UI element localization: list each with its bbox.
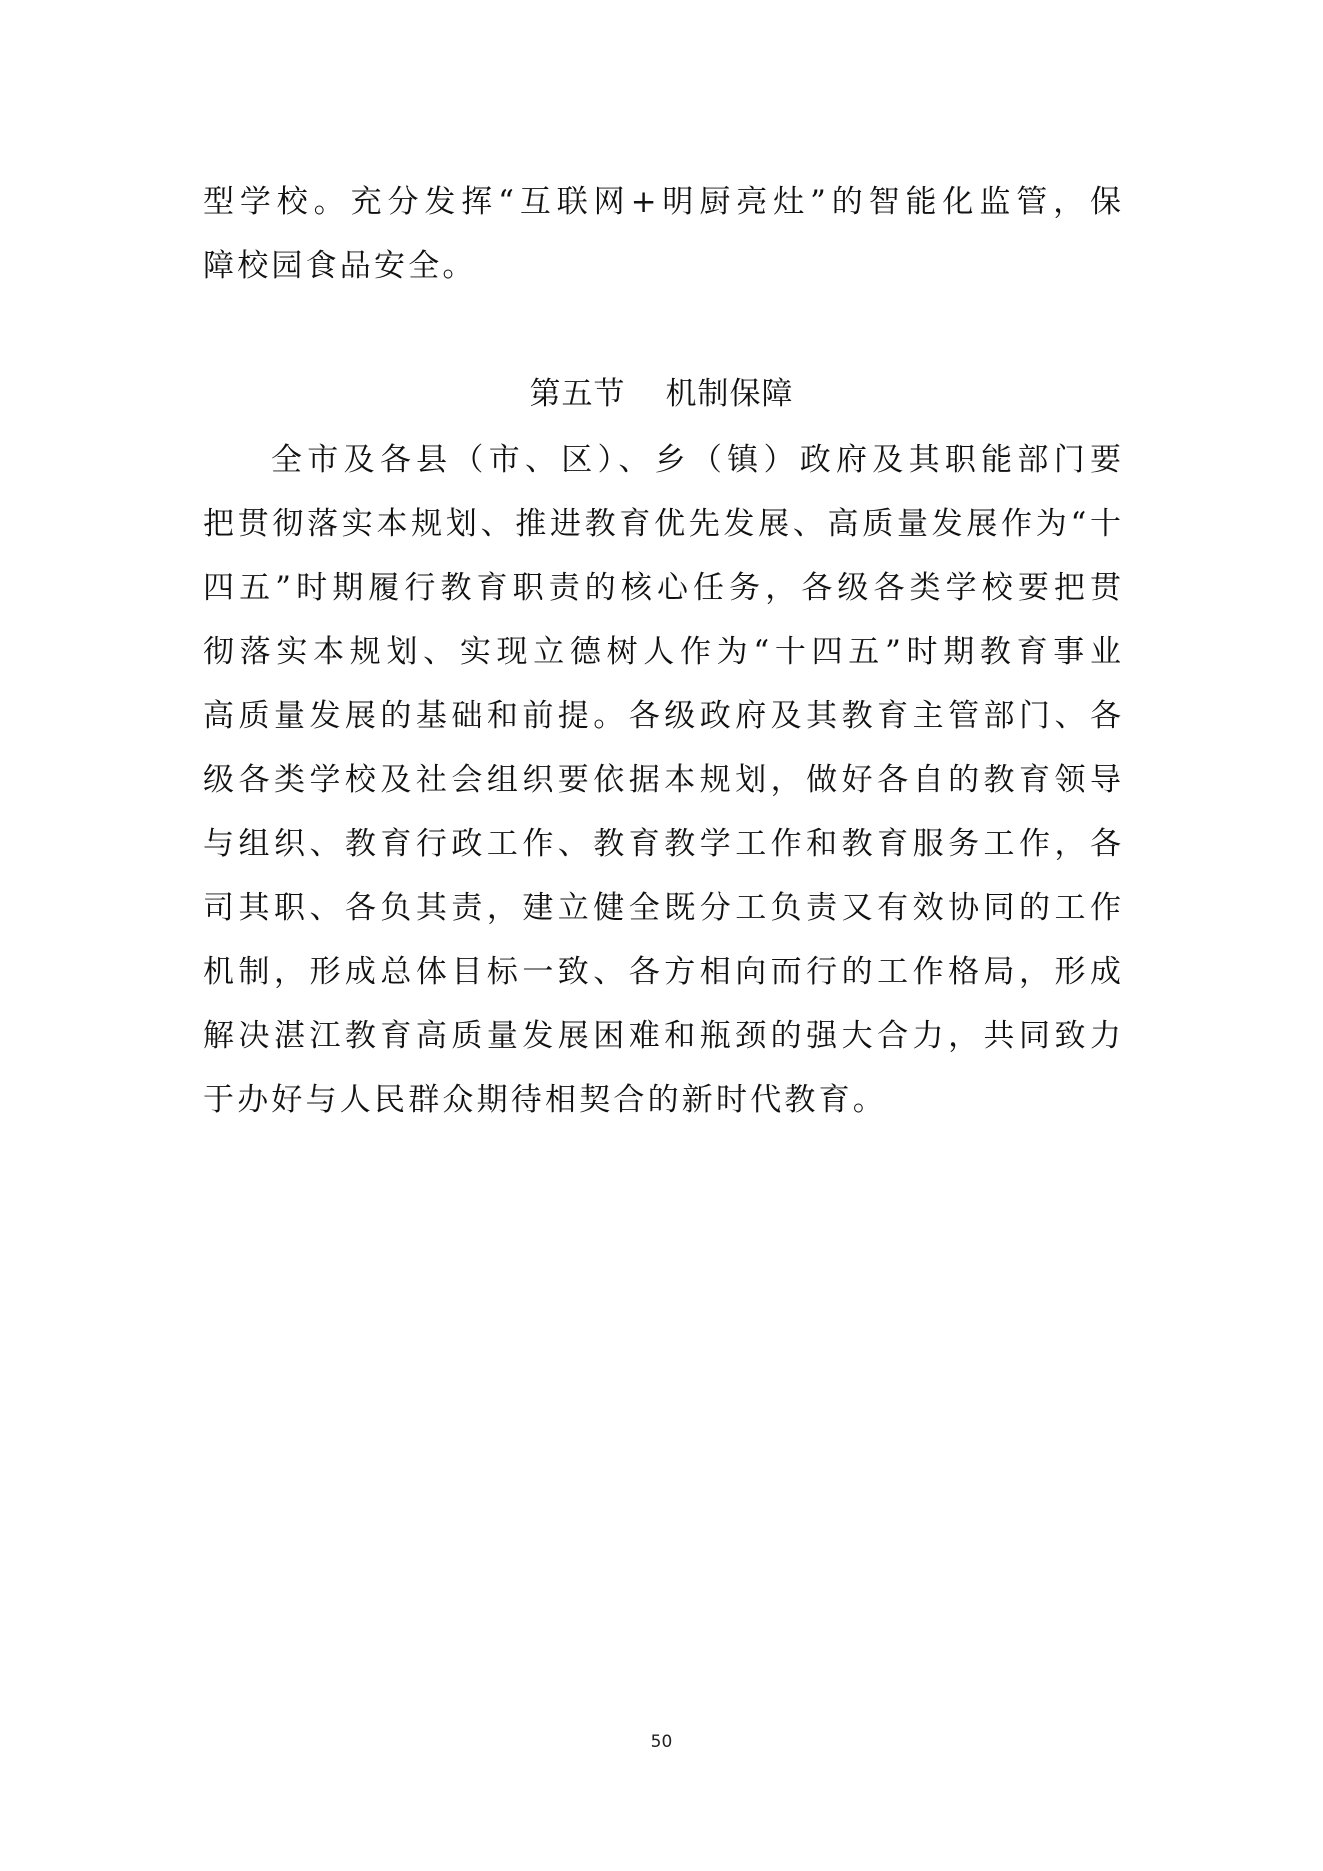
- text-line: 司其职、各负其责，建立健全既分工负责又有效协同的工作: [203, 876, 1121, 940]
- text-line: 四五”时期履行教育职责的核心任务，各级各类学校要把贯: [203, 556, 1121, 620]
- text-line: 把贯彻落实本规划、推进教育优先发展、高质量发展作为“十: [203, 492, 1121, 556]
- text-line: 解决湛江教育高质量发展困难和瓶颈的强大合力，共同致力: [203, 1004, 1121, 1068]
- text-line: 彻落实本规划、实现立德树人作为“十四五”时期教育事业: [203, 620, 1121, 684]
- body-paragraph: 全市及各县（市、区）、乡（镇）政府及其职能部门要 把贯彻落实本规划、推进教育优先…: [203, 428, 1121, 1132]
- text-line: 全市及各县（市、区）、乡（镇）政府及其职能部门要: [203, 428, 1121, 492]
- page-number: 50: [0, 1730, 1323, 1754]
- section-title: 机制保障: [666, 376, 794, 412]
- text-line: 障校园食品安全。: [203, 234, 1121, 298]
- text-line: 与组织、教育行政工作、教育教学工作和教育服务工作，各: [203, 812, 1121, 876]
- section-heading: 第五节机制保障: [0, 370, 1323, 418]
- text-line: 高质量发展的基础和前提。各级政府及其教育主管部门、各: [203, 684, 1121, 748]
- continuation-paragraph: 型学校。充分发挥“互联网+明厨亮灶”的智能化监管，保 障校园食品安全。: [203, 170, 1121, 298]
- section-number: 第五节: [530, 376, 626, 412]
- text-line: 型学校。充分发挥“互联网+明厨亮灶”的智能化监管，保: [203, 170, 1121, 234]
- text-line: 于办好与人民群众期待相契合的新时代教育。: [203, 1068, 1121, 1132]
- text-line: 级各类学校及社会组织要依据本规划，做好各自的教育领导: [203, 748, 1121, 812]
- document-page: 型学校。充分发挥“互联网+明厨亮灶”的智能化监管，保 障校园食品安全。 第五节机…: [0, 0, 1323, 1871]
- text-line: 机制，形成总体目标一致、各方相向而行的工作格局，形成: [203, 940, 1121, 1004]
